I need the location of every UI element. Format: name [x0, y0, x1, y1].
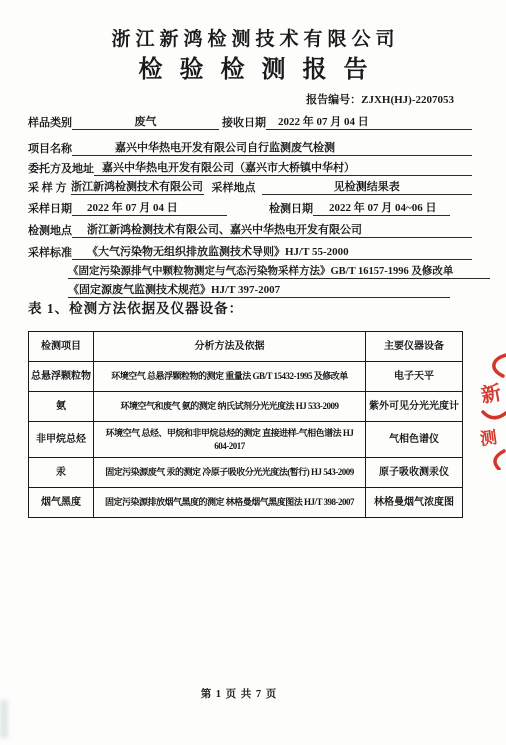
scan-artifact	[0, 700, 8, 738]
sampling-standard-3: 《固定源废气监测技术规范》HJ/T 397-2007	[68, 281, 450, 298]
col-header-instrument: 主要仪器设备	[366, 332, 463, 362]
sampler-value: 浙江新鸿检测技术有限公司	[71, 178, 204, 195]
cell-instrument: 紫外可见分光光度计	[366, 392, 463, 422]
table-row: 非甲烷总烃 环境空气 总烃、甲烷和非甲烷总烃的测定 直接进样-气相色谱法 HJ …	[29, 422, 463, 458]
page-footer: 第 1 页 共 7 页	[0, 686, 478, 701]
report-page: 浙江新鸿检测技术有限公司 检 验 检 测 报 告 报告编号：ZJXH(HJ)-2…	[0, 0, 506, 745]
seal-char-1: 新	[480, 380, 503, 407]
cell-method: 环境空气 总烃、甲烷和非甲烷总烃的测定 直接进样-气相色谱法 HJ 604-20…	[94, 422, 366, 458]
sampler-label: 采 样 方	[28, 179, 67, 195]
cell-method: 固定污染源废气 汞的测定 冷原子吸收分光光度法(暂行) HJ 543-2009	[94, 458, 366, 488]
report-number-value: ZJXH(HJ)-2207053	[361, 94, 454, 106]
sampling-standard-label: 采样标准	[28, 244, 72, 260]
test-date-value: 2022 年 07 月 04~06 日	[313, 199, 450, 216]
official-seal-fragment: 新 测	[480, 350, 506, 470]
cell-method: 环境空气和废气 氨的测定 纳氏试剂分光光度法 HJ 533-2009	[94, 392, 366, 422]
report-title: 检 验 检 测 报 告	[0, 49, 506, 84]
report-number: 报告编号：ZJXH(HJ)-2207053	[306, 91, 454, 107]
sample-type-value: 废气	[72, 113, 219, 130]
row-sampling-standard-3: 《固定源废气监测技术规范》HJ/T 397-2007	[28, 281, 472, 298]
cell-item: 非甲烷总烃	[29, 422, 94, 458]
receive-date-label: 接收日期	[222, 114, 266, 130]
project-name-value: 嘉兴中华热电开发有限公司自行监测废气检测	[72, 139, 472, 156]
test-site-value: 浙江新鸿检测技术有限公司、嘉兴中华热电开发有限公司	[72, 221, 472, 238]
cell-item: 氨	[29, 392, 94, 422]
cell-instrument: 气相色谱仪	[366, 422, 463, 458]
col-header-method: 分析方法及依据	[94, 332, 366, 362]
report-number-label: 报告编号：	[306, 94, 361, 106]
table-row: 烟气黑度 固定污染源排放烟气黑度的测定 林格曼烟气黑度图法 HJ/T 398-2…	[29, 488, 463, 518]
sampling-standard-2: 《固定污染源排气中颗粒物测定与气态污染物采样方法》GB/T 16157-1996…	[68, 263, 490, 279]
sampling-date-label: 采样日期	[28, 200, 72, 216]
test-date-label: 检测日期	[269, 200, 313, 216]
client-address-value: 嘉兴中华热电开发有限公司（嘉兴市大桥镇中华村）	[94, 159, 472, 176]
row-sampling-standard: 采样标准 《大气污染物无组织排放监测技术导则》HJ/T 55-2000	[28, 243, 472, 260]
sampling-standard-1: 《大气污染物无组织排放监测技术导则》HJ/T 55-2000	[72, 243, 472, 260]
test-site-label: 检测地点	[28, 222, 72, 238]
row-test-site: 检测地点 浙江新鸿检测技术有限公司、嘉兴中华热电开发有限公司	[28, 221, 472, 238]
sampling-site-label: 采样地点	[212, 179, 256, 195]
row-sampling-standard-2: 《固定污染源排气中颗粒物测定与气态污染物采样方法》GB/T 16157-1996…	[28, 262, 472, 279]
sample-type-label: 样品类别	[28, 114, 72, 130]
methods-table: 检测项目 分析方法及依据 主要仪器设备 总悬浮颗粒物 环境空气 总悬浮颗粒物的测…	[28, 331, 463, 518]
project-name-label: 项目名称	[28, 140, 72, 156]
seal-icon: 新 测	[480, 350, 506, 470]
cell-item: 总悬浮颗粒物	[29, 362, 94, 392]
sampling-site-value: 见检测结果表	[262, 178, 473, 195]
col-header-item: 检测项目	[29, 332, 94, 362]
cell-instrument: 电子天平	[366, 362, 463, 392]
receive-date-value: 2022 年 07 月 04 日	[266, 113, 472, 130]
client-address-label: 委托方及地址	[28, 160, 94, 176]
row-client-address: 委托方及地址 嘉兴中华热电开发有限公司（嘉兴市大桥镇中华村）	[28, 159, 472, 176]
table-row: 汞 固定污染源废气 汞的测定 冷原子吸收分光光度法(暂行) HJ 543-200…	[29, 458, 463, 488]
table-header-row: 检测项目 分析方法及依据 主要仪器设备	[29, 332, 463, 362]
cell-instrument: 原子吸收测汞仪	[366, 458, 463, 488]
row-sample-type: 样品类别 废气 接收日期 2022 年 07 月 04 日	[28, 113, 472, 130]
table-row: 总悬浮颗粒物 环境空气 总悬浮颗粒物的测定 重量法 GB/T 15432-199…	[29, 362, 463, 392]
cell-item: 汞	[29, 458, 94, 488]
cell-method: 环境空气 总悬浮颗粒物的测定 重量法 GB/T 15432-1995 及修改单	[94, 362, 366, 392]
cell-instrument: 林格曼烟气浓度图	[366, 488, 463, 518]
cell-item: 烟气黑度	[29, 488, 94, 518]
row-dates: 采样日期 2022 年 07 月 04 日 检测日期 2022 年 07 月 0…	[28, 199, 472, 216]
sampling-date-value: 2022 年 07 月 04 日	[72, 199, 227, 216]
row-sampler: 采 样 方 浙江新鸿检测技术有限公司 采样地点 见检测结果表	[28, 178, 472, 195]
cell-method: 固定污染源排放烟气黑度的测定 林格曼烟气黑度图法 HJ/T 398-2007	[94, 488, 366, 518]
table-caption: 表 1、检测方法依据及仪器设备：	[28, 297, 243, 317]
company-name: 浙江新鸿检测技术有限公司	[0, 24, 506, 51]
seal-char-2: 测	[480, 428, 498, 449]
table-row: 氨 环境空气和废气 氨的测定 纳氏试剂分光光度法 HJ 533-2009 紫外可…	[29, 392, 463, 422]
row-project-name: 项目名称 嘉兴中华热电开发有限公司自行监测废气检测	[28, 139, 472, 156]
